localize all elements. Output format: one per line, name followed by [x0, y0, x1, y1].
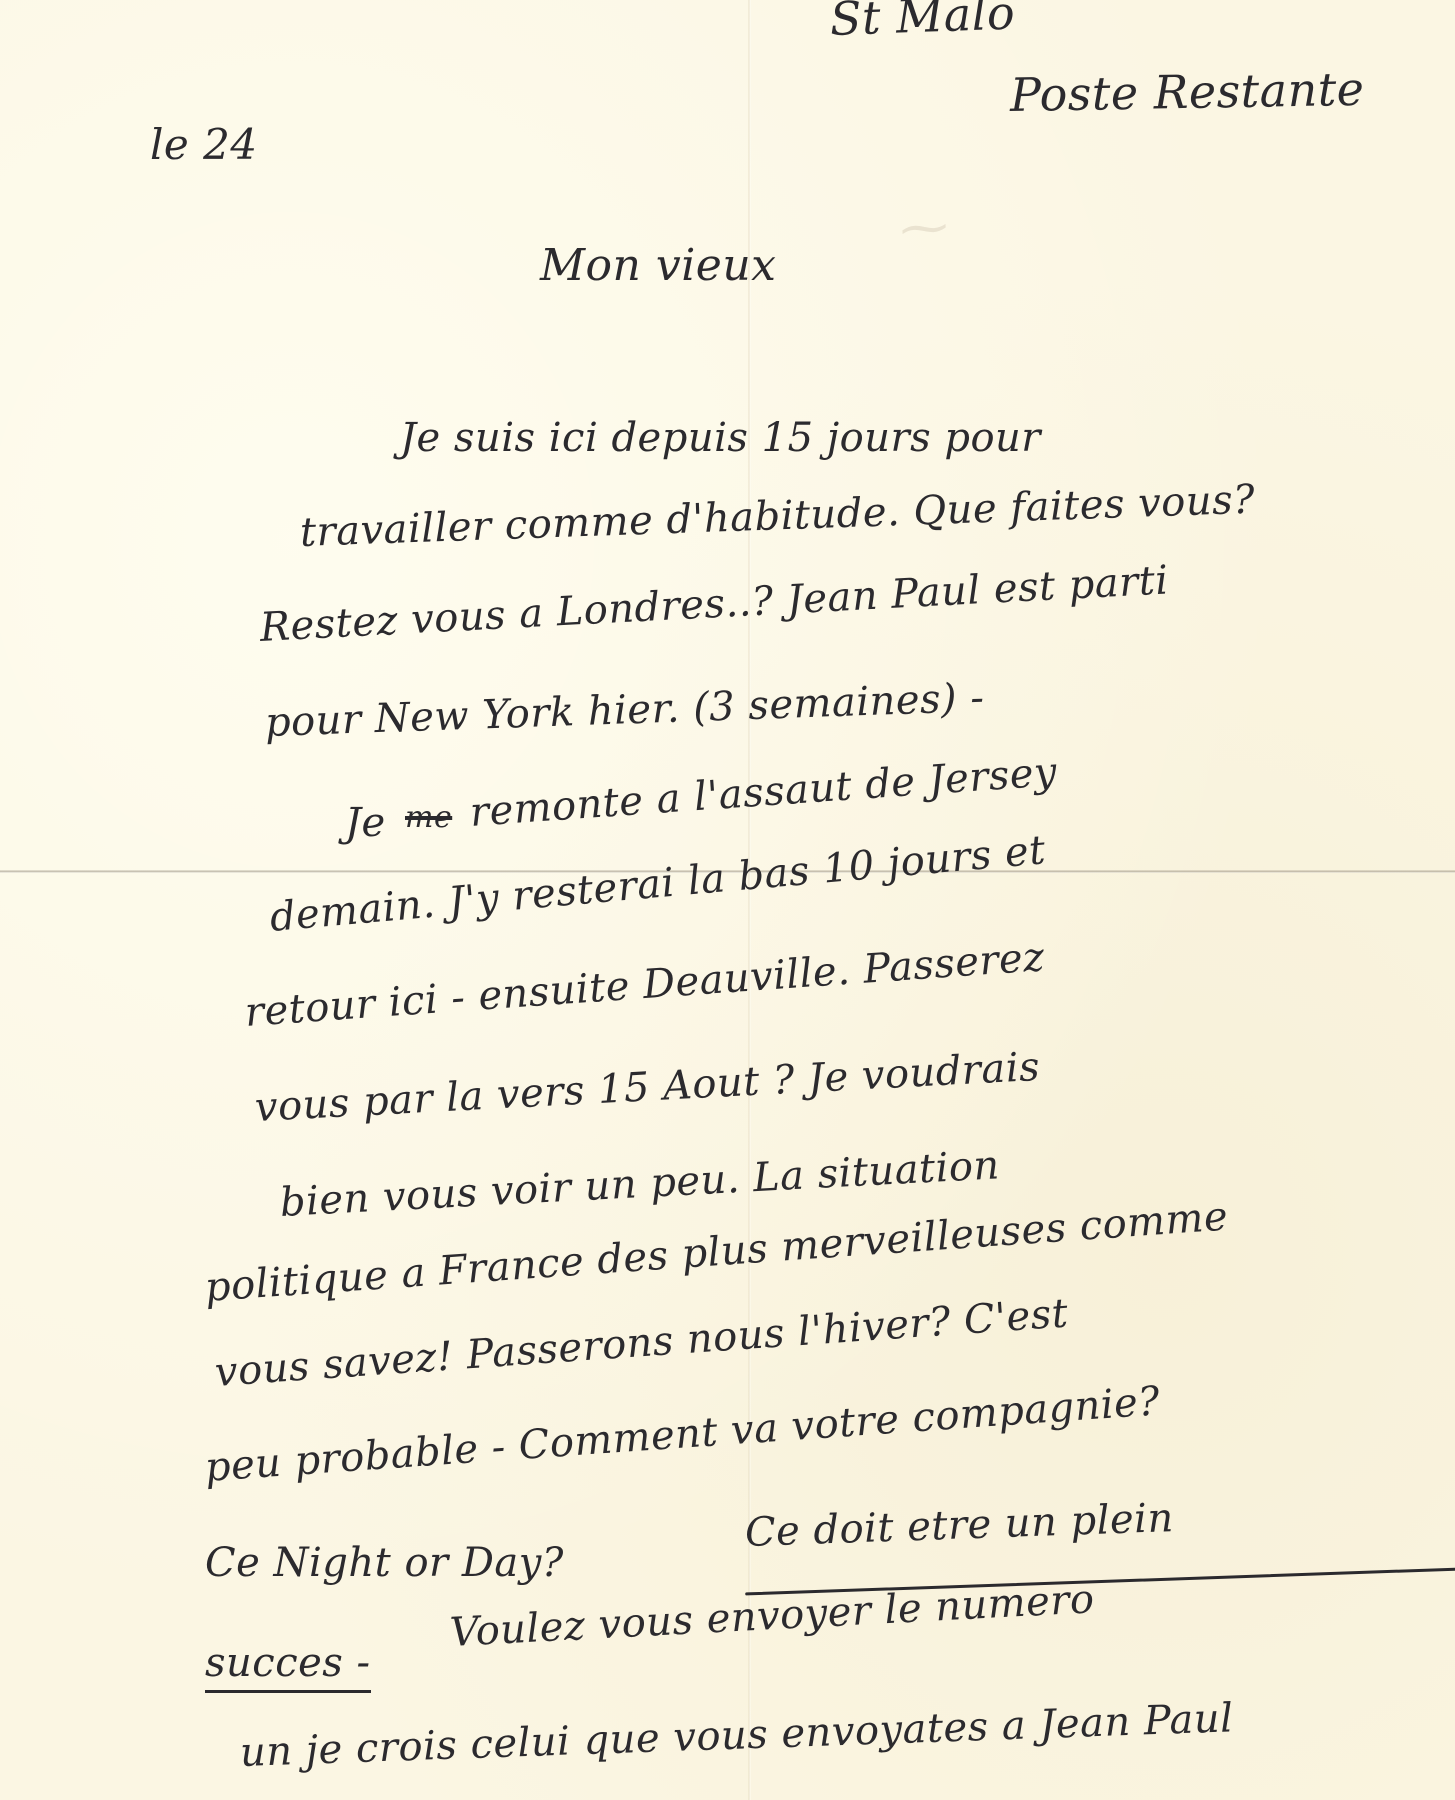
letter-line-underlined: succes - [205, 1640, 371, 1693]
letter-date: le 24 [150, 120, 258, 169]
show-through-mark: ⁓ [899, 199, 950, 257]
letter-line: Je suis ici depuis 15 jours pour [400, 415, 1041, 461]
letter-line: Je [345, 800, 386, 846]
struck-out-word: me [405, 800, 452, 835]
letter-salutation: Mon vieux [540, 240, 777, 291]
letter-place: St Malo [829, 0, 1016, 46]
letter-address: Poste Restante [1010, 62, 1365, 122]
letter-line: Ce Night or Day? [205, 1540, 564, 1586]
